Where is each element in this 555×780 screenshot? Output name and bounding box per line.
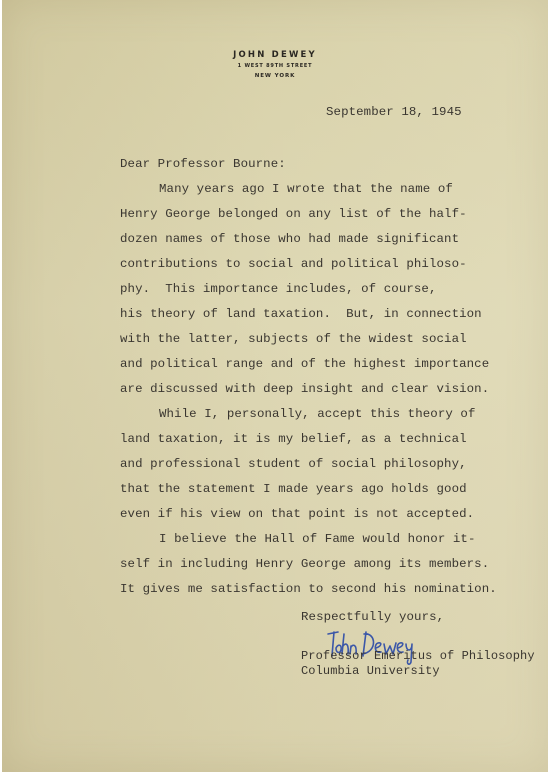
text-line: with the latter, subjects of the widest … (120, 332, 467, 346)
letter-paper: JOHN DEWEY 1 WEST 89TH STREET NEW YORK S… (2, 0, 548, 772)
signer-institution: Columbia University (301, 664, 440, 678)
text-line: self in including Henry George among its… (120, 557, 489, 571)
text-line: It gives me satisfaction to second his n… (120, 582, 497, 596)
text-line: his theory of land taxation. But, in con… (120, 307, 482, 321)
text-line: even if his view on that point is not ac… (120, 507, 474, 521)
letterhead-name: JOHN DEWEY (2, 50, 548, 60)
text-line: and professional student of social philo… (120, 457, 467, 471)
letterhead-address: 1 WEST 89TH STREET (2, 63, 548, 69)
text-line: dozen names of those who had made signif… (120, 232, 459, 246)
salutation: Dear Professor Bourne: (120, 157, 286, 171)
text-line: While I, personally, accept this theory … (159, 407, 476, 421)
text-line: phy. This importance includes, of course… (120, 282, 437, 296)
closing: Respectfully yours, (301, 610, 444, 624)
letter-date: September 18, 1945 (326, 105, 462, 119)
text-line: Henry George belonged on any list of the… (120, 207, 467, 221)
text-line: contributions to social and political ph… (120, 257, 467, 271)
text-line: Many years ago I wrote that the name of (159, 182, 453, 196)
signer-title: Professor Emeritus of Philosophy (301, 649, 535, 663)
letterhead-city: NEW YORK (2, 73, 548, 79)
text-line: I believe the Hall of Fame would honor i… (159, 532, 476, 546)
text-line: are discussed with deep insight and clea… (120, 382, 489, 396)
text-line: that the statement I made years ago hold… (120, 482, 467, 496)
text-line: and political range and of the highest i… (120, 357, 489, 371)
text-line: land taxation, it is my belief, as a tec… (120, 432, 467, 446)
